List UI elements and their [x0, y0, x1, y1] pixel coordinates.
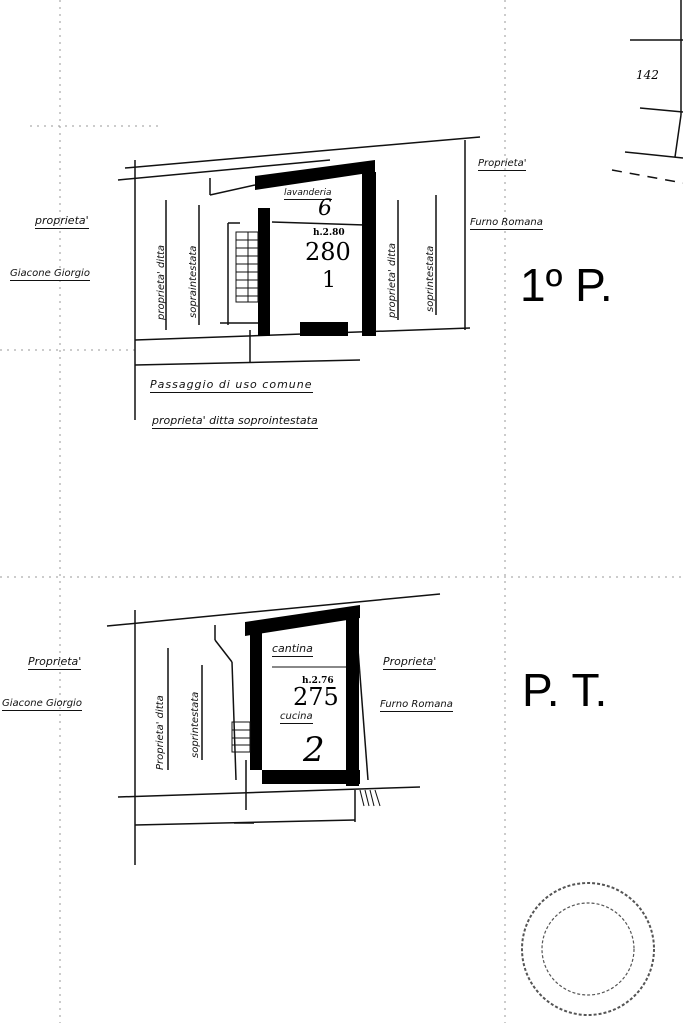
first-floor-left-owner-line2: Giacone Giorgio: [10, 268, 90, 281]
ground-floor-right-owner-line1: Proprieta': [383, 655, 436, 670]
room-marker: 6: [318, 196, 332, 221]
ground-floor-room-code: 275: [293, 683, 339, 711]
first-floor-right-owner-line1: Proprieta': [478, 158, 526, 171]
ground-floor-room-number: 2: [303, 730, 325, 770]
room-name-cantina: cantina: [272, 642, 313, 657]
dimension-label: 142: [636, 68, 659, 82]
adjacent-plan-fragment: [612, 0, 683, 183]
first-floor-label: 1º P.: [520, 258, 613, 312]
first-floor-left-owner-line1: proprieta': [35, 214, 89, 229]
first-floor-left-strip-line1: proprieta' ditta: [156, 245, 167, 320]
ground-floor-left-owner-line2: Giacone Giorgio: [2, 698, 82, 711]
official-stamp: [522, 883, 654, 1015]
ground-floor-left-strip-line2: soprintestata: [190, 692, 201, 758]
first-floor-room-number: 1: [322, 268, 336, 293]
first-floor-right-owner-line2: Furno Romana: [470, 217, 543, 230]
passage-line1: Passaggio di uso comune: [150, 378, 313, 393]
first-floor-right-strip-line2: soprintestata: [425, 246, 436, 312]
room-name-cucina: cucina: [280, 711, 313, 724]
floor-plan-linework: [0, 0, 683, 1023]
ground-floor-left-strip-line1: Proprieta' ditta: [155, 695, 166, 770]
ground-floor-right-owner-line2: Furno Romana: [380, 699, 453, 712]
passage-line2: proprieta' ditta soprointestata: [152, 414, 318, 429]
ground-floor-label: P. T.: [522, 663, 607, 717]
ground-floor-left-owner-line1: Proprieta': [28, 655, 81, 670]
first-floor-left-strip-line2: sopraintestata: [188, 246, 199, 318]
first-floor-room-code: 280: [305, 238, 351, 266]
first-floor-height: h.2.80: [313, 228, 345, 238]
first-floor-right-strip-line1: proprieta' ditta: [387, 243, 398, 318]
